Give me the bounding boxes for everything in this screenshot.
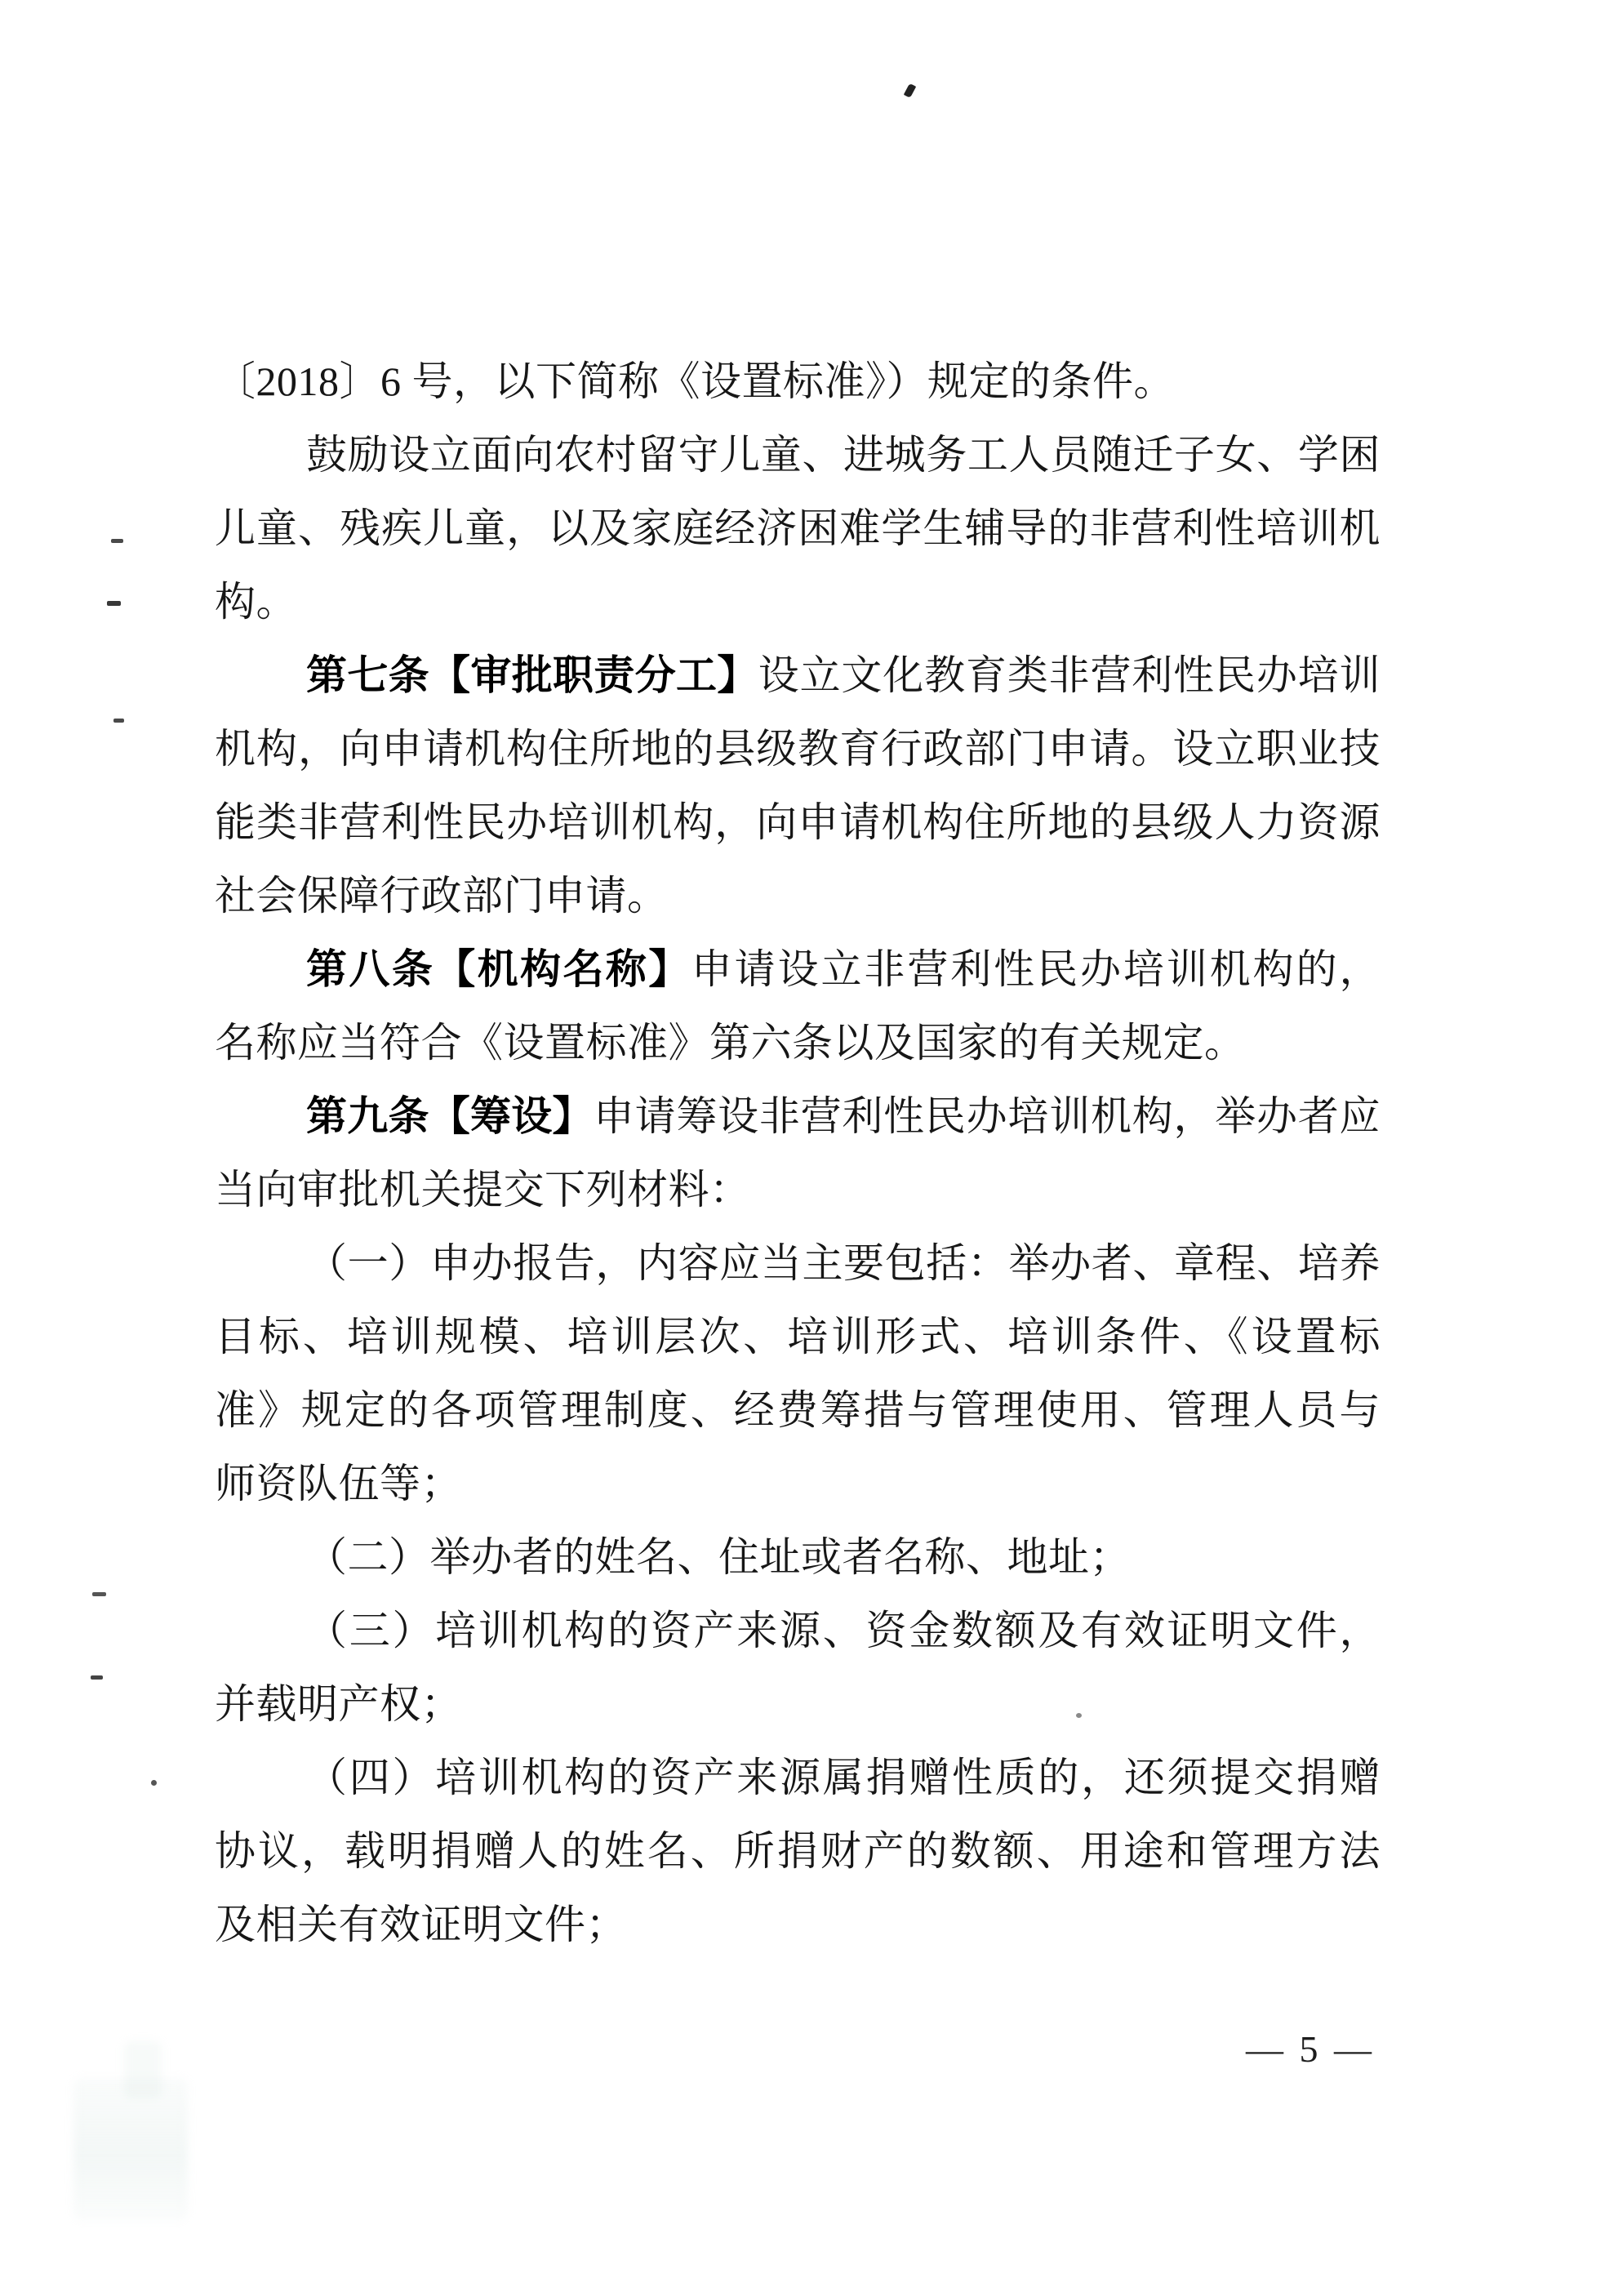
scan-speck	[91, 1675, 103, 1680]
text-line: 师资队伍等；	[215, 1447, 1381, 1520]
scan-speck	[151, 1780, 157, 1786]
body-text: （一）申办报告，内容应当主要包括：举办者、章程、培养	[306, 1240, 1381, 1286]
scanned-page: 〔2018〕6 号，以下简称《设置标准》）规定的条件。鼓励设立面向农村留守儿童、…	[0, 0, 1623, 2296]
body-text: 师资队伍等；	[215, 1461, 462, 1506]
body-text: 机构，向申请机构住所地的县级教育行政部门申请。设立职业技	[215, 726, 1381, 772]
text-line: 构。	[215, 565, 1381, 639]
body-text: 儿童、残疾儿童，以及家庭经济困难学生辅导的非营利性培训机	[215, 505, 1381, 551]
text-line: 及相关有效证明文件；	[215, 1888, 1381, 1961]
body-text: 构。	[215, 579, 297, 625]
text-line: 准》规定的各项管理制度、经费筹措与管理使用、管理人员与	[215, 1373, 1381, 1447]
body-text: 社会保障行政部门申请。	[215, 873, 669, 919]
text-line: 名称应当符合《设置标准》第六条以及国家的有关规定。	[215, 1006, 1381, 1079]
body-text: 能类非营利性民办培训机构，向申请机构住所地的县级人力资源	[215, 799, 1381, 845]
text-line: 第九条【筹设】申请筹设非营利性民办培训机构，举办者应	[215, 1079, 1381, 1153]
body-text: （四）培训机构的资产来源属捐赠性质的，还须提交捐赠	[306, 1755, 1381, 1800]
body-text: 目标、培训规模、培训层次、培训形式、培训条件、《设置标	[215, 1314, 1381, 1359]
text-line: 协议，载明捐赠人的姓名、所捐财产的数额、用途和管理方法	[215, 1814, 1381, 1888]
text-line: 机构，向申请机构住所地的县级教育行政部门申请。设立职业技	[215, 712, 1381, 785]
article-heading: 第八条【机构名称】	[306, 946, 691, 992]
body-text: 名称应当符合《设置标准》第六条以及国家的有关规定。	[215, 1020, 1246, 1066]
body-text: （三）培训机构的资产来源、资金数额及有效证明文件，	[306, 1608, 1381, 1653]
body-text: 〔2018〕6 号，以下简称《设置标准》）规定的条件。	[215, 358, 1175, 404]
text-line: 能类非营利性民办培训机构，向申请机构住所地的县级人力资源	[215, 785, 1381, 859]
body-text: 当向审批机关提交下列材料：	[215, 1167, 751, 1213]
text-line: 目标、培训规模、培训层次、培训形式、培训条件、《设置标	[215, 1300, 1381, 1373]
body-text: 协议，载明捐赠人的姓名、所捐财产的数额、用途和管理方法	[215, 1828, 1381, 1874]
scan-speck	[904, 83, 916, 98]
scan-speck	[107, 601, 121, 606]
body-text: 鼓励设立面向农村留守儿童、进城务工人员随迁子女、学困	[306, 432, 1381, 478]
body-text: 准》规定的各项管理制度、经费筹措与管理使用、管理人员与	[215, 1387, 1381, 1433]
body-text: 及相关有效证明文件；	[215, 1902, 627, 1947]
text-line: 第七条【审批职责分工】设立文化教育类非营利性民办培训	[215, 639, 1381, 712]
text-line: 并载明产权；	[215, 1667, 1381, 1741]
scan-speck	[113, 719, 124, 723]
text-line: 鼓励设立面向农村留守儿童、进城务工人员随迁子女、学困	[215, 418, 1381, 492]
document-lines: 〔2018〕6 号，以下简称《设置标准》）规定的条件。鼓励设立面向农村留守儿童、…	[215, 345, 1381, 1961]
text-line: 〔2018〕6 号，以下简称《设置标准》）规定的条件。	[215, 345, 1381, 418]
body-text: 设立文化教育类非营利性民办培训	[758, 652, 1381, 698]
text-line: 当向审批机关提交下列材料：	[215, 1153, 1381, 1226]
body-text: （二）举办者的姓名、住址或者名称、地址；	[306, 1534, 1131, 1580]
article-heading: 第九条【筹设】	[306, 1093, 594, 1139]
article-heading: 第七条【审批职责分工】	[306, 652, 758, 698]
body-text: 申请设立非营利性民办培训机构的，	[691, 946, 1381, 992]
body-text: 申请筹设非营利性民办培训机构，举办者应	[594, 1093, 1381, 1139]
text-line: （三）培训机构的资产来源、资金数额及有效证明文件，	[215, 1594, 1381, 1667]
text-line: （四）培训机构的资产来源属捐赠性质的，还须提交捐赠	[215, 1741, 1381, 1814]
text-line: 第八条【机构名称】申请设立非营利性民办培训机构的，	[215, 932, 1381, 1006]
scan-speck	[111, 539, 123, 543]
text-line: （二）举办者的姓名、住址或者名称、地址；	[215, 1520, 1381, 1594]
scan-speck	[92, 1592, 106, 1596]
text-line: 儿童、残疾儿童，以及家庭经济困难学生辅导的非营利性培训机	[215, 492, 1381, 565]
scan-fold-shadow	[73, 2078, 188, 2221]
text-line: 社会保障行政部门申请。	[215, 859, 1381, 932]
scan-fold-shadow-bump	[124, 2041, 162, 2098]
text-line: （一）申办报告，内容应当主要包括：举办者、章程、培养	[215, 1226, 1381, 1300]
page-number: — 5 —	[1229, 2027, 1392, 2071]
body-text: 并载明产权；	[215, 1681, 462, 1727]
